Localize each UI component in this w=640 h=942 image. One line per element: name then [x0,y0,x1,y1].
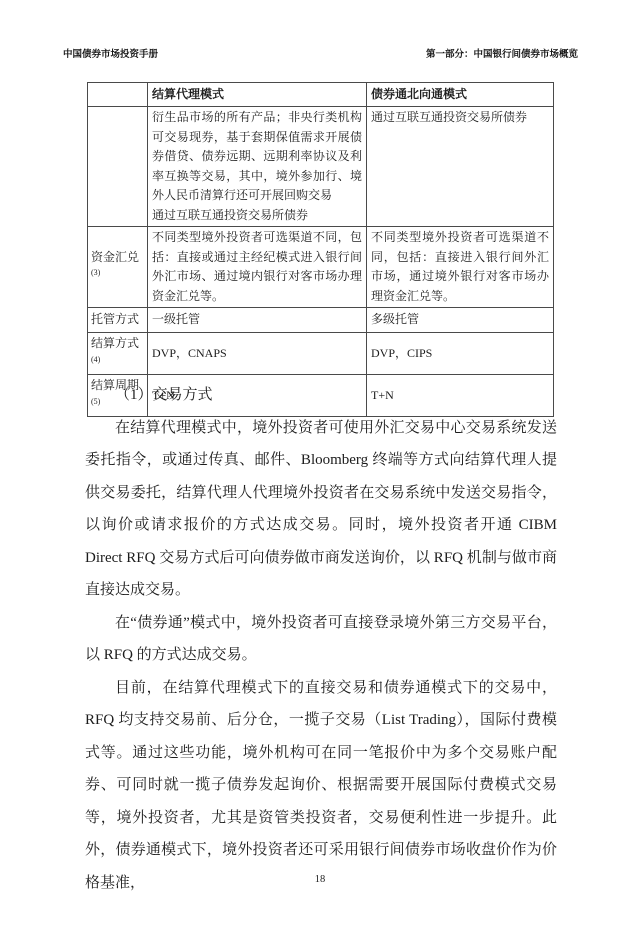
table-row-funds-exchange: 资金汇兑(3) 不同类型境外投资者可选渠道不同，包括：直接或通过主经纪模式进入银… [88,227,554,308]
footnote-marker-3: (3) [91,268,100,277]
cell-agent-custody: 一级托管 [148,308,367,333]
cell-agent-products: 衍生品市场的所有产品；非央行类机构可交易现券，基于套期保值需求开展债券借贷、债券… [148,107,367,227]
running-header: 中国债券市场投资手册 第一部分：中国银行间债券市场概览 [63,46,578,60]
cell-bond-settlement-method: DVP，CIPS [367,333,554,375]
paragraph-settlement-agent-trading: 在结算代理模式中，境外投资者可使用外汇交易中心交易系统发送委托指令，或通过传真、… [85,412,557,607]
row-label-custody: 托管方式 [88,308,148,333]
table-header-row: 结算代理模式 债券通北向通模式 [88,83,554,107]
page-number: 18 [0,874,640,885]
table-row-tradable-products: 衍生品市场的所有产品；非央行类机构可交易现券，基于套期保值需求开展债券借贷、债券… [88,107,554,227]
table-row-custody: 托管方式 一级托管 多级托管 [88,308,554,333]
cell-bond-custody: 多级托管 [367,308,554,333]
col-header-bond-connect-northbound-mode: 债券通北向通模式 [367,83,554,107]
section-heading-trading-method: （1）交易方式 [85,379,557,412]
cell-bond-funds-exchange: 不同类型境外投资者可选渠道不同，包括：直接进入银行间外汇市场，通过境外银行对客市… [367,227,554,308]
header-right-section: 第一部分：中国银行间债券市场概览 [426,46,578,60]
cell-bond-products: 通过互联互通投资交易所债券 [367,107,554,227]
document-page: 中国债券市场投资手册 第一部分：中国银行间债券市场概览 结算代理模式 债券通北向… [0,0,640,942]
col-header-settlement-agent-mode: 结算代理模式 [148,83,367,107]
paragraph-rfq-features: 目前，在结算代理模式下的直接交易和债券通模式下的交易中，RFQ 均支持交易前、后… [85,672,557,900]
paragraph-bond-connect-trading: 在“债券通”模式中，境外投资者可直接登录境外第三方交易平台，以 RFQ 的方式达… [85,607,557,672]
footnote-marker-4: (4) [91,355,100,364]
mode-comparison-table: 结算代理模式 债券通北向通模式 衍生品市场的所有产品；非央行类机构可交易现券，基… [87,82,554,417]
row-label-empty [88,107,148,227]
row-label-funds-exchange: 资金汇兑(3) [88,227,148,308]
cell-agent-funds-exchange: 不同类型境外投资者可选渠道不同，包括：直接或通过主经纪模式进入银行间外汇市场、通… [148,227,367,308]
body-text: （1）交易方式 在结算代理模式中，境外投资者可使用外汇交易中心交易系统发送委托指… [85,379,557,899]
table-corner-cell [88,83,148,107]
header-left-title: 中国债券市场投资手册 [63,46,158,60]
cell-agent-settlement-method: DVP，CNAPS [148,333,367,375]
row-label-settlement-method: 结算方式(4) [88,333,148,375]
table-row-settlement-method: 结算方式(4) DVP，CNAPS DVP，CIPS [88,333,554,375]
